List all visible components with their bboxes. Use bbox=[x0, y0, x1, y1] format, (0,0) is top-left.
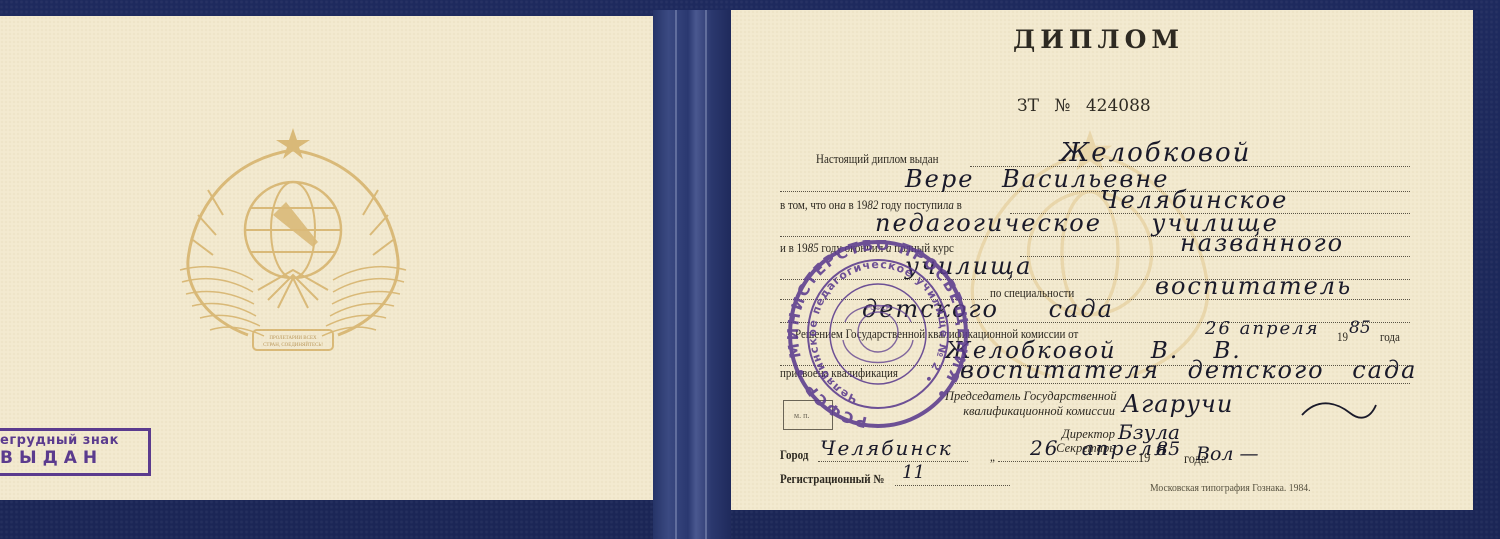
diploma-title: ДИПЛОМ bbox=[1013, 25, 1184, 54]
secretary-signature: Вол — bbox=[1196, 443, 1259, 465]
award-stamp-line2: ВЫДАН bbox=[0, 448, 148, 468]
date-quote: „ bbox=[990, 450, 995, 465]
chairman-signature-flourish bbox=[1300, 395, 1380, 435]
dotted-line bbox=[998, 461, 1138, 462]
svg-text:СТРАН, СОЕДИНЯЙТЕСЬ!: СТРАН, СОЕДИНЯЙТЕСЬ! bbox=[263, 342, 323, 348]
svg-text:РСФСР: РСФСР bbox=[866, 304, 890, 312]
ussr-coat-of-arms-icon: ПРОЛЕТАРИИ ВСЕХ СТРАН, СОЕДИНЯЙТЕСЬ! bbox=[168, 120, 418, 370]
left-page: ПРОЛЕТАРИИ ВСЕХ СТРАН, СОЕДИНЯЙТЕСЬ! егр… bbox=[0, 16, 653, 500]
named-line1: названного bbox=[1180, 229, 1344, 257]
registration-number: 11 bbox=[902, 462, 925, 483]
decision-year: 85 bbox=[1349, 318, 1371, 338]
decision-day-month: 26 апреля bbox=[1205, 318, 1320, 339]
award-stamp-line1: егрудный знак bbox=[0, 433, 148, 448]
official-seal-stamp: РСФСР • МИНИСТЕРСТВО ПРОСВЕЩЕНИЯ • Челяб… bbox=[783, 240, 973, 440]
recipient-surname: Желобковой bbox=[1060, 138, 1251, 168]
printer-imprint: Московская типография Гознака. 1984. bbox=[1150, 482, 1311, 494]
svg-text:ПРОЛЕТАРИИ ВСЕХ: ПРОЛЕТАРИИ ВСЕХ bbox=[269, 336, 317, 341]
dotted-line bbox=[895, 485, 1010, 486]
issue-year-prefix: 19 bbox=[1138, 451, 1150, 467]
diploma-number: 424088 bbox=[1086, 96, 1151, 116]
city: Челябинск bbox=[820, 436, 953, 460]
booklet-spine bbox=[653, 10, 731, 539]
decision-year-suffix: года bbox=[1380, 330, 1400, 345]
registration-label: Регистрационный № bbox=[780, 472, 884, 487]
diploma-serial: ЗТ № 424088 bbox=[1017, 96, 1151, 116]
series: ЗТ bbox=[1017, 96, 1039, 116]
spine-crease bbox=[675, 10, 677, 539]
number-sign: № bbox=[1054, 96, 1070, 116]
issue-year: 85 bbox=[1156, 438, 1180, 460]
specialty-line1: воспитатель bbox=[1155, 272, 1352, 300]
chairman-signature: Агаручи bbox=[1122, 390, 1233, 418]
decision-year-prefix: 19 bbox=[1337, 330, 1348, 345]
spine-crease bbox=[705, 10, 707, 539]
qualification: воспитателя детского сада bbox=[960, 356, 1417, 384]
dotted-line bbox=[818, 461, 968, 462]
city-label: Город bbox=[780, 448, 808, 463]
award-issued-stamp: егрудный знак ВЫДАН bbox=[0, 428, 151, 476]
